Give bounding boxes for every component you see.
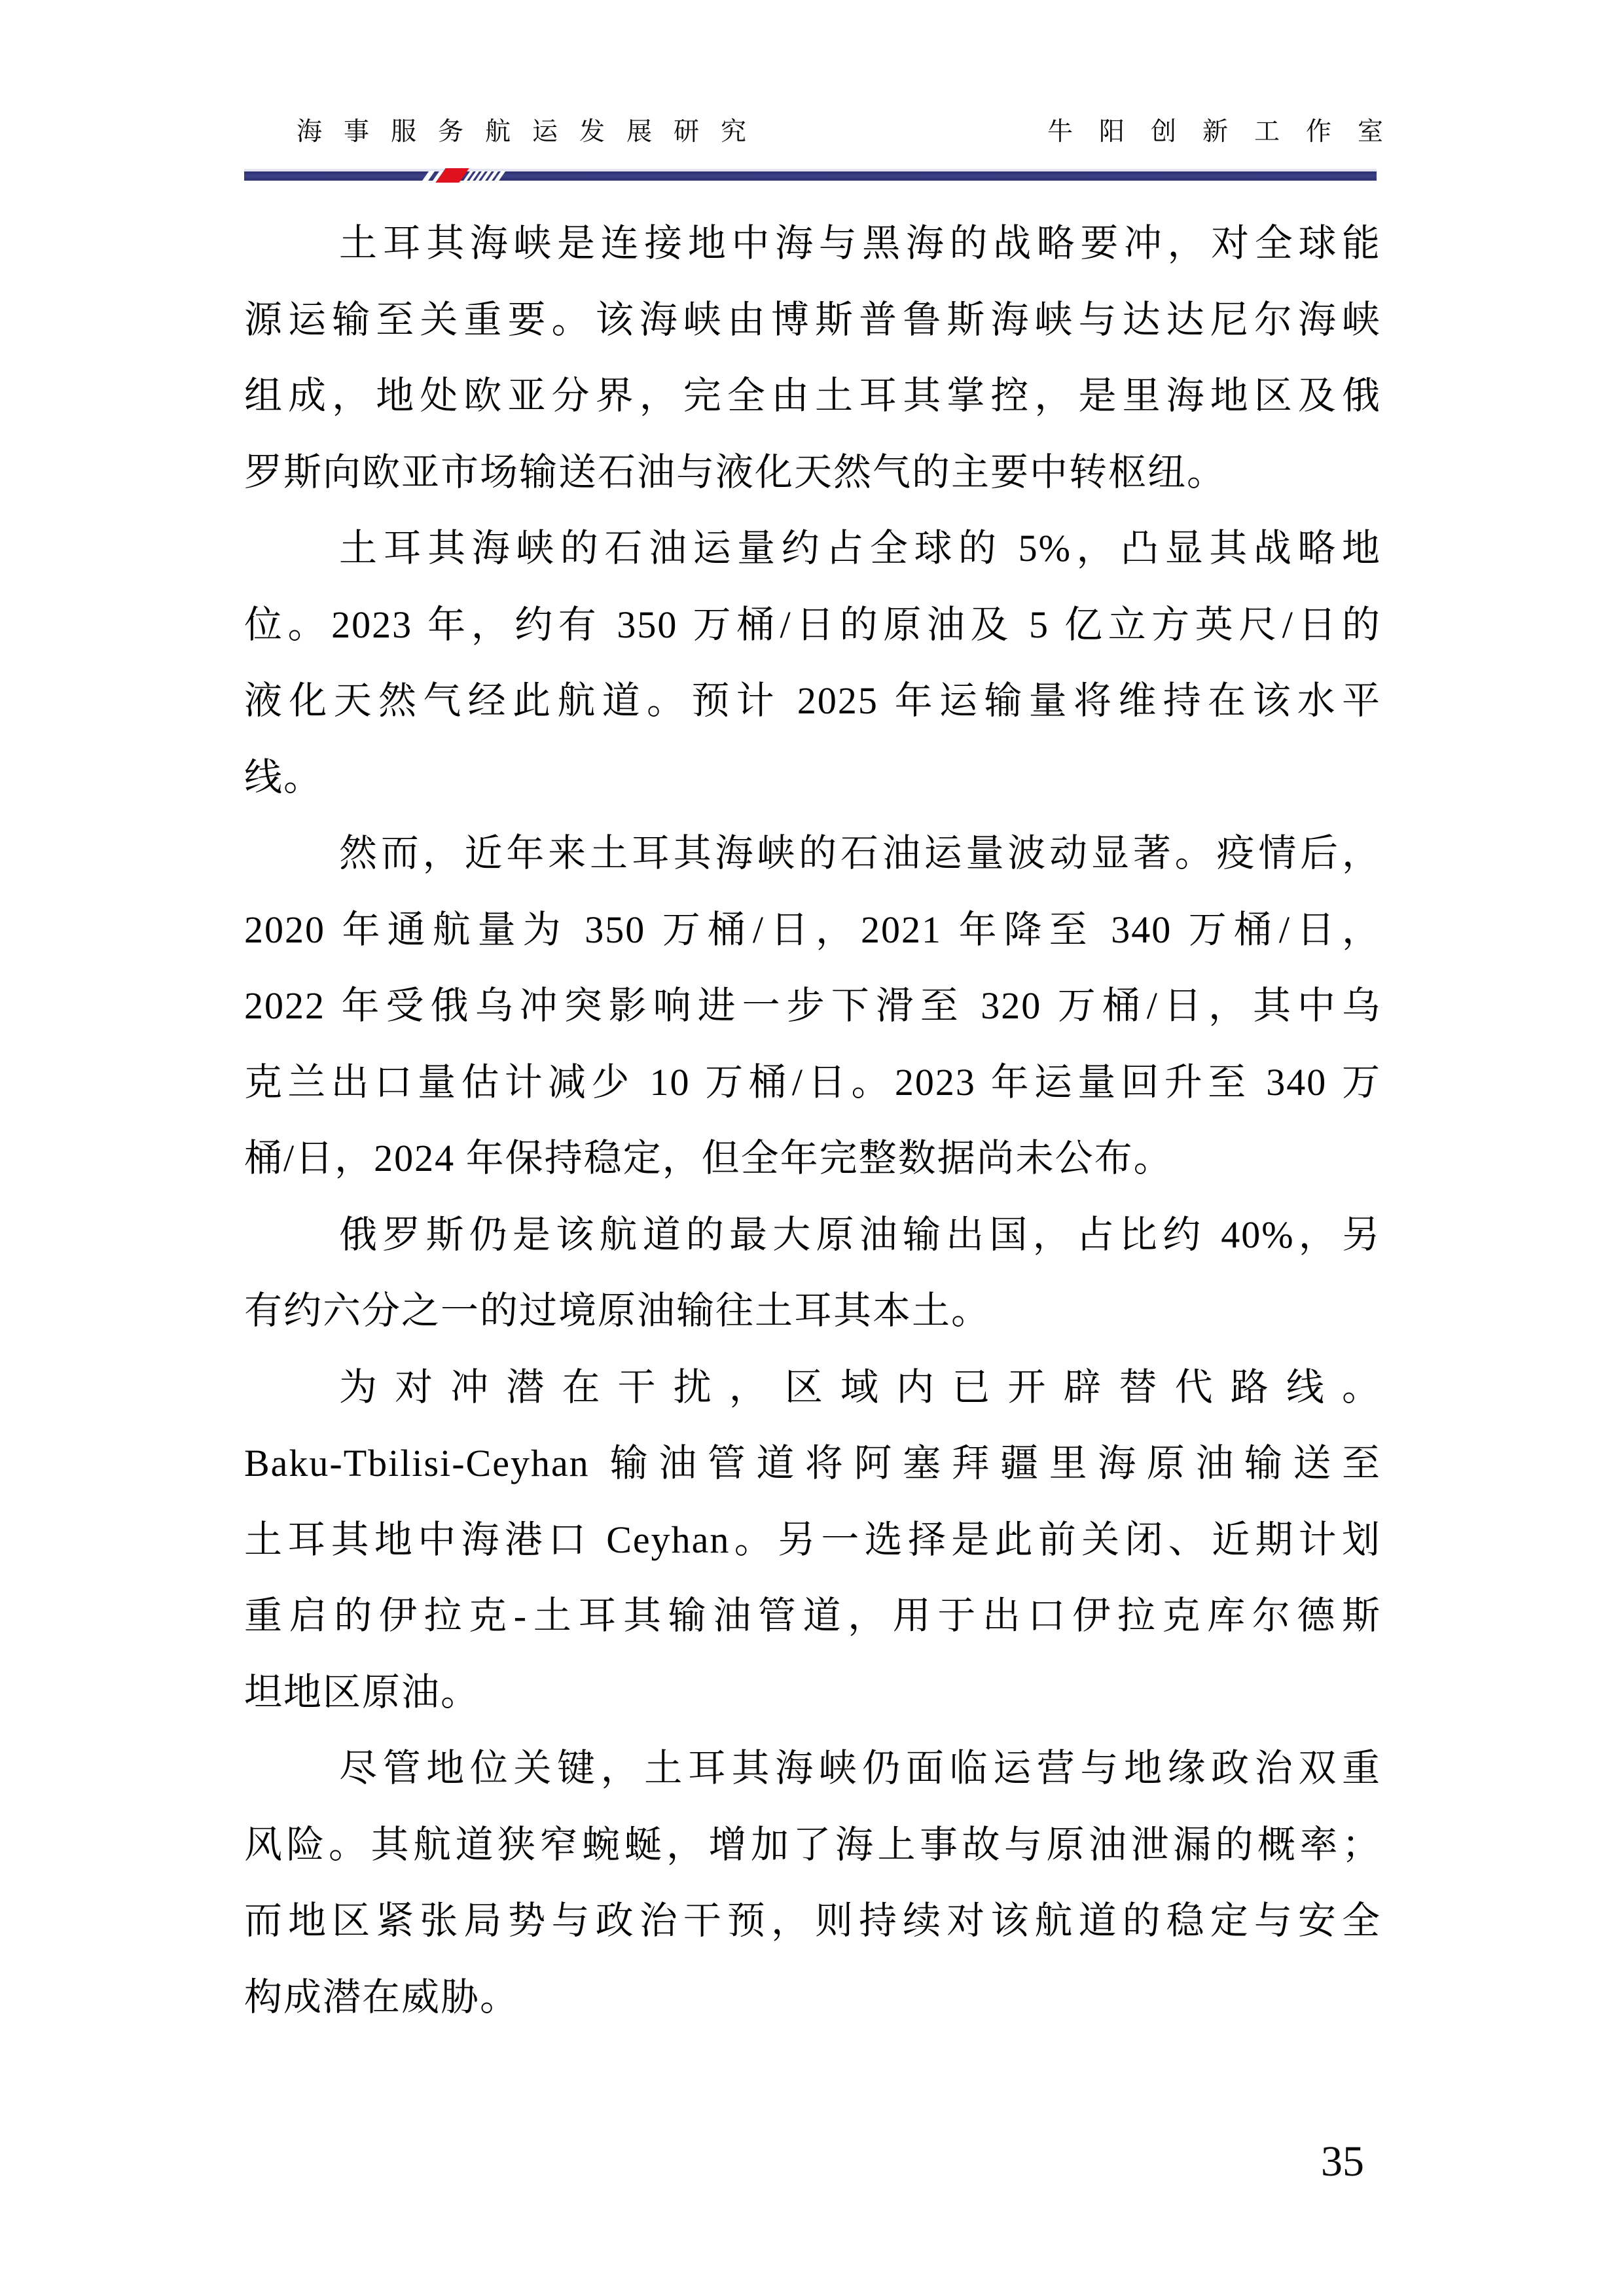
body-line: 有约六分之一的过境原油输往土耳其本土。 — [244, 1273, 1381, 1350]
body-line: 土耳其海峡的石油运量约占全球的 5%，凸显其战略地 — [244, 511, 1381, 587]
header-rule-decoration — [422, 166, 514, 185]
header-rule — [244, 171, 1377, 181]
body-line: 土耳其海峡是连接地中海与黑海的战略要冲，对全球能 — [244, 206, 1381, 282]
body-line: 2022 年受俄乌冲突影响进一步下滑至 320 万桶/日，其中乌 — [244, 968, 1381, 1045]
header-left-title: 海事服务航运发展研究 — [297, 119, 768, 145]
body-line: 风险。其航道狭窄蜿蜒，增加了海上事故与原油泄漏的概率； — [244, 1807, 1381, 1884]
body-line: 源运输至关重要。该海峡由博斯普鲁斯海峡与达达尼尔海峡 — [244, 282, 1381, 359]
article-body: 土耳其海峡是连接地中海与黑海的战略要冲，对全球能源运输至关重要。该海峡由博斯普鲁… — [244, 206, 1381, 2036]
header-right-title: 牛阳创新工作室 — [1047, 119, 1409, 145]
body-line: 坦地区原油。 — [244, 1655, 1381, 1731]
body-line: 俄罗斯仍是该航道的最大原油输出国，占比约 40%，另 — [244, 1197, 1381, 1274]
body-line: 构成潜在威胁。 — [244, 1960, 1381, 2036]
body-line: 位。2023 年，约有 350 万桶/日的原油及 5 亿立方英尺/日的 — [244, 587, 1381, 664]
body-line: 线。 — [244, 740, 1381, 816]
body-line: 土耳其地中海港口 Ceyhan。另一选择是此前关闭、近期计划 — [244, 1502, 1381, 1579]
body-line: Baku-Tbilisi-Ceyhan 输油管道将阿塞拜疆里海原油输送至 — [244, 1426, 1381, 1502]
body-line: 克兰出口量估计减少 10 万桶/日。2023 年运量回升至 340 万 — [244, 1045, 1381, 1121]
body-line: 而地区紧张局势与政治干预，则持续对该航道的稳定与安全 — [244, 1883, 1381, 1960]
body-line: 重启的伊拉克-土耳其输油管道，用于出口伊拉克库尔德斯 — [244, 1578, 1381, 1655]
body-line: 桶/日，2024 年保持稳定，但全年完整数据尚未公布。 — [244, 1121, 1381, 1197]
body-line: 然而，近年来土耳其海峡的石油运量波动显著。疫情后， — [244, 816, 1381, 892]
page-number: 35 — [1321, 2140, 1364, 2183]
body-line: 尽管地位关键，土耳其海峡仍面临运营与地缘政治双重 — [244, 1731, 1381, 1807]
body-line: 组成，地处欧亚分界，完全由土耳其掌控，是里海地区及俄 — [244, 358, 1381, 435]
body-line: 为对冲潜在干扰，区域内已开辟替代路线。 — [244, 1350, 1381, 1426]
body-line: 2020 年通航量为 350 万桶/日，2021 年降至 340 万桶/日， — [244, 892, 1381, 969]
document-page: 海事服务航运发展研究 牛阳创新工作室 土耳其海峡是连接地中海与黑海的战略要冲，对… — [0, 0, 1624, 2296]
body-line: 液化天然气经此航道。预计 2025 年运输量将维持在该水平 — [244, 663, 1381, 740]
body-line: 罗斯向欧亚市场输送石油与液化天然气的主要中转枢纽。 — [244, 435, 1381, 511]
